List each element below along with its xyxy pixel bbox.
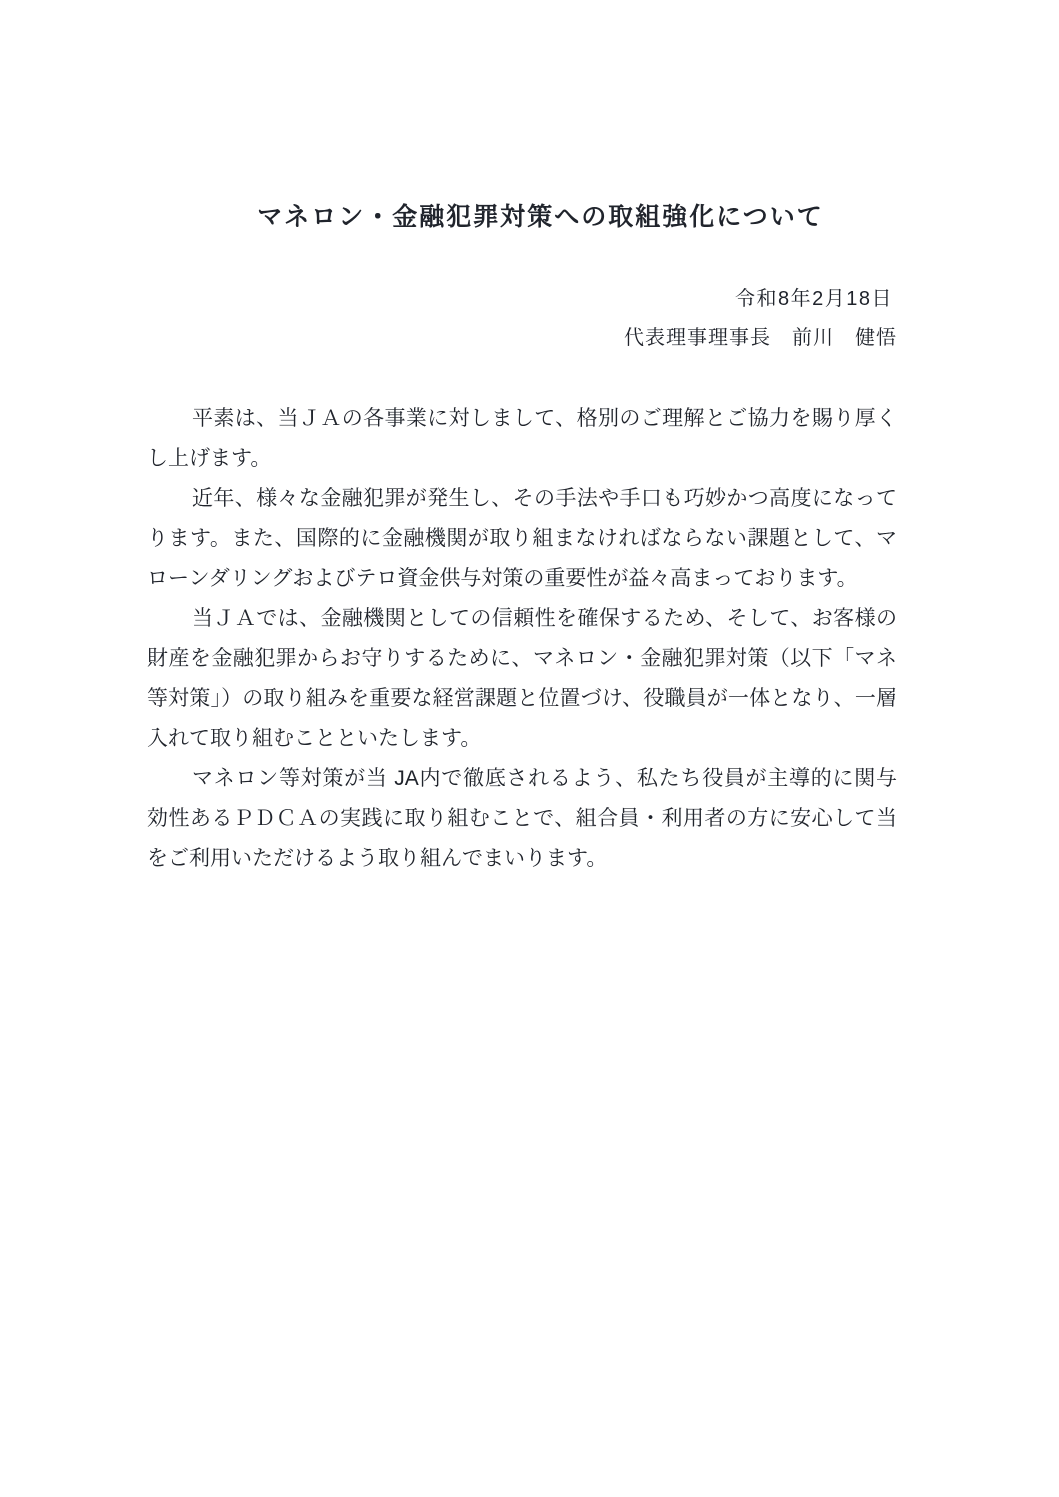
body-line: 財産を金融犯罪からお守りするために、マネロン・金融犯罪対策（以下「マネロン bbox=[147, 639, 897, 679]
body-line: 入れて取り組むことといたします。 bbox=[147, 719, 897, 759]
document-signer: 代表理事理事長 前川 健悟 bbox=[624, 321, 897, 350]
body-line: ります。また、国際的に金融機関が取り組まなければならない課題として、マネー・ bbox=[147, 519, 897, 559]
body-line: し上げます。 bbox=[147, 439, 897, 479]
body-line: 当ＪＡでは、金融機関としての信頼性を確保するため、そして、お客様の大切な bbox=[147, 599, 897, 639]
body-line: 等対策」）の取り組みを重要な経営課題と位置づけ、役職員が一体となり、一層力を bbox=[147, 679, 897, 719]
document-page: マネロン・金融犯罪対策への取組強化について 令和8年2月18日 代表理事理事長 … bbox=[0, 0, 1059, 1497]
body-line: マネロン等対策が当 JA内で徹底されるよう、私たち役員が主導的に関与し、実 bbox=[147, 759, 897, 799]
body-line: をご利用いただけるよう取り組んでまいります。 bbox=[147, 839, 897, 879]
body-line: 効性あるＰＤＣＡの実践に取り組むことで、組合員・利用者の方に安心して当ＪＡ bbox=[147, 799, 897, 839]
document-date: 令和8年2月18日 bbox=[735, 282, 893, 311]
body-line: 近年、様々な金融犯罪が発生し、その手法や手口も巧妙かつ高度になってきてお bbox=[147, 479, 897, 519]
document-body: 平素は、当ＪＡの各事業に対しまして、格別のご理解とご協力を賜り厚く御礼申 し上げ… bbox=[147, 399, 897, 879]
body-line: 平素は、当ＪＡの各事業に対しまして、格別のご理解とご協力を賜り厚く御礼申 bbox=[147, 399, 897, 439]
body-line: ローンダリングおよびテロ資金供与対策の重要性が益々高まっております。 bbox=[147, 559, 897, 599]
document-title: マネロン・金融犯罪対策への取組強化について bbox=[0, 197, 1059, 233]
